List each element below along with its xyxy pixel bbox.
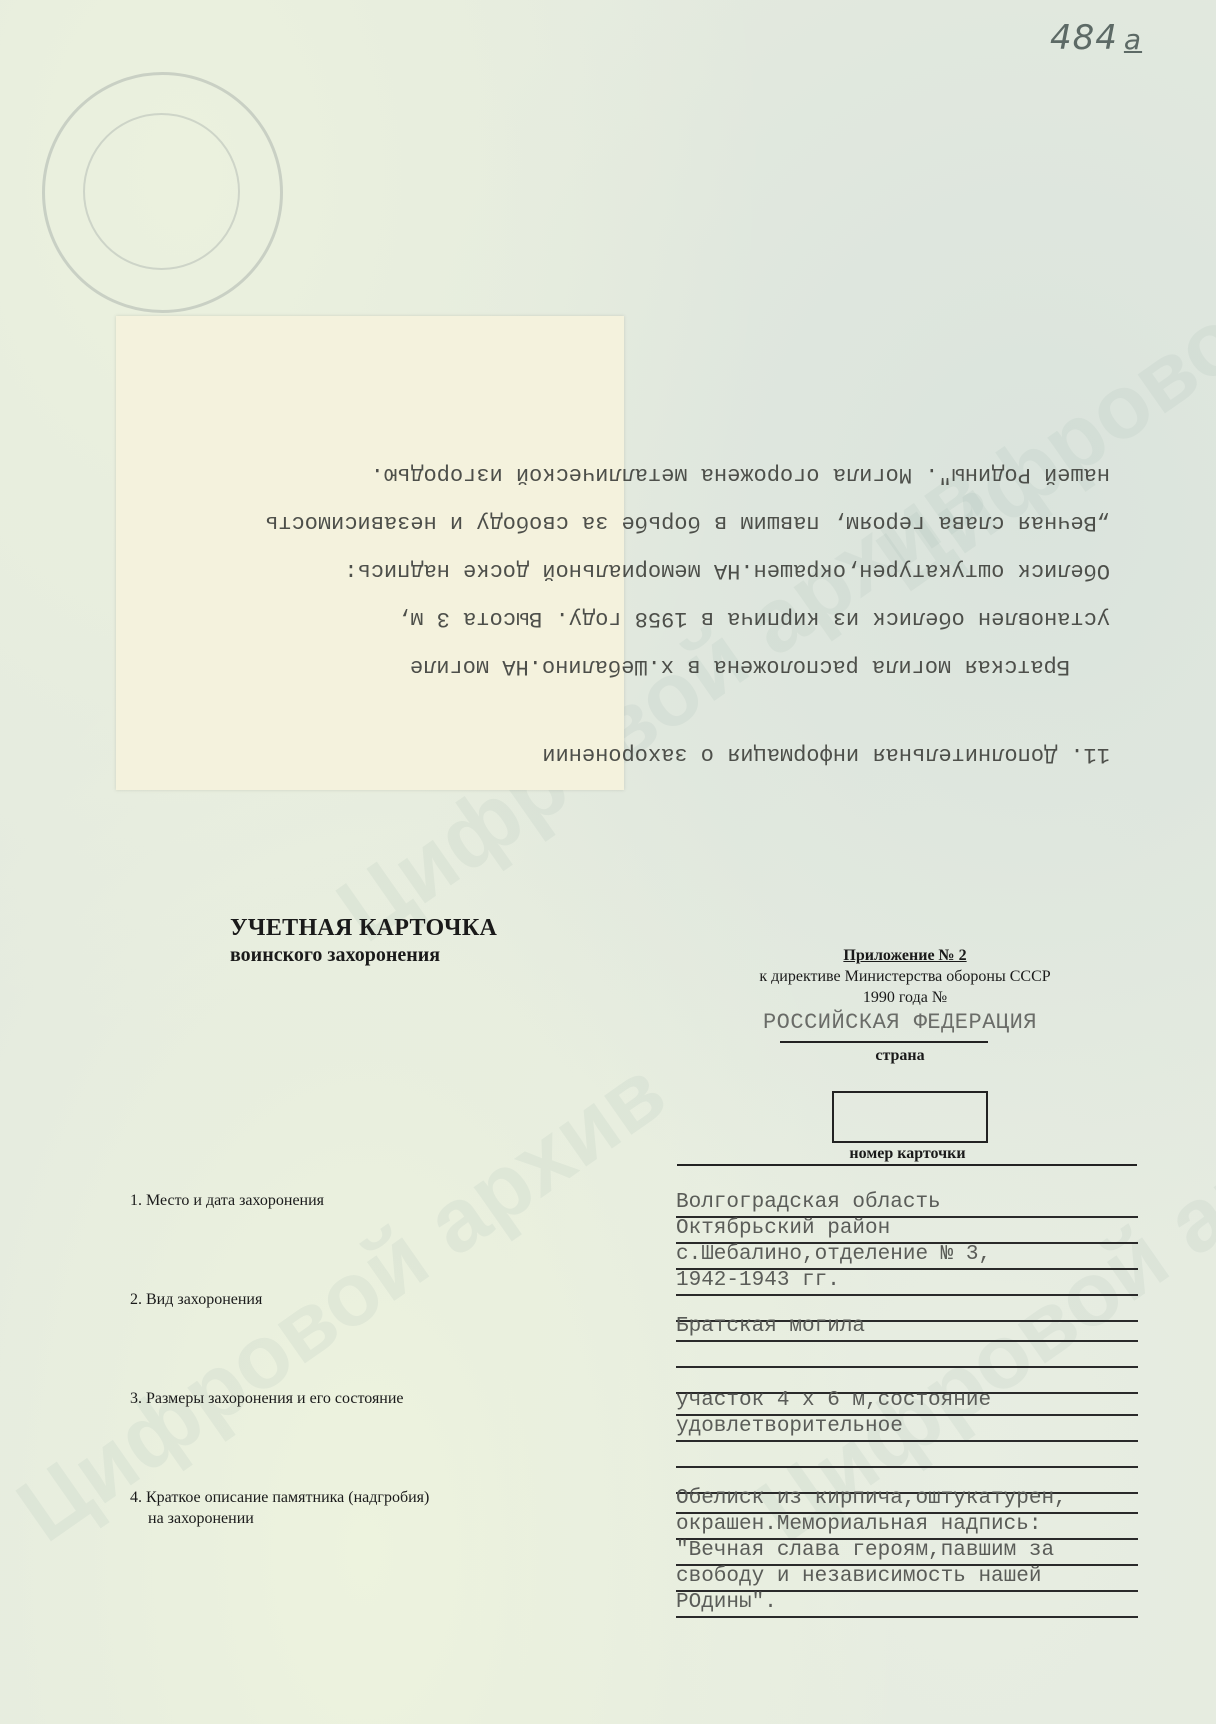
card-title: УЧЕТНАЯ КАРТОЧКА воинского захоронения (230, 915, 497, 967)
country-label: страна (720, 1047, 1080, 1065)
field-label-monument: 4. Краткое описание памятника (надгробия… (130, 1487, 429, 1529)
card-number-rule (677, 1164, 1137, 1166)
field-value-burial-size: участок 4 х 6 м,состояние удовлетворител… (676, 1390, 1138, 1494)
appendix-year: 1990 года № (670, 987, 1140, 1008)
field-value-monument: Обелиск из кирпича,оштукатурен, окрашен.… (676, 1488, 1138, 1618)
field-line: удовлетворительное (676, 1416, 1138, 1442)
field-label-burial-type: 2. Вид захоронения (130, 1289, 262, 1310)
additional-info-line: нашей Родины". Могила огорожена металлич… (190, 450, 1110, 498)
field-line: окрашен.Мемориальная надпись: (676, 1514, 1138, 1540)
faded-seal-stamp (42, 72, 283, 313)
additional-info-line: Обелиск оштукатурен,окрашен.НА мемориаль… (190, 546, 1110, 594)
field-line: Волгоградская область (676, 1192, 1138, 1218)
additional-info-line: „Вечная слава героям, павшим в борьбе за… (190, 498, 1110, 546)
field-line: Октябрьский район (676, 1218, 1138, 1244)
field-line (676, 1342, 1138, 1368)
country-value: РОССИЙСКАЯ ФЕДЕРАЦИЯ (720, 1010, 1080, 1035)
field-line: 1942-1943 гг. (676, 1270, 1138, 1296)
country-underline (780, 1041, 988, 1043)
field-label-burial-size: 3. Размеры захоронения и его состояние (130, 1388, 404, 1409)
additional-info-line: Братская могила расположена в х.Шебалино… (190, 642, 1110, 690)
watermark: Цифровой архив (0, 1040, 684, 1562)
field-label-text: 4. Краткое описание памятника (надгробия… (130, 1487, 429, 1508)
field-value-burial-type: Братская могила (676, 1316, 1138, 1394)
handwritten-archive-number: 484а (1050, 18, 1142, 58)
field-line: Обелиск из кирпича,оштукатурен, (676, 1488, 1138, 1514)
field-line: Братская могила (676, 1316, 1138, 1342)
field-label-subtext: на захоронении (130, 1508, 429, 1529)
field-line: с.Шебалино,отделение № 3, (676, 1244, 1138, 1270)
field-line: свободу и независимость нашей (676, 1566, 1138, 1592)
field-line: "Вечная слава героям,павшим за (676, 1540, 1138, 1566)
field-label-burial-place: 1. Место и дата захоронения (130, 1190, 324, 1211)
field-line: участок 4 х 6 м,состояние (676, 1390, 1138, 1416)
appendix-directive: к директиве Министерства обороны СССР (670, 966, 1140, 987)
field-label-text: 1. Место и дата захоронения (130, 1190, 324, 1211)
appendix-note: Приложение № 2 к директиве Министерства … (670, 945, 1140, 1008)
field-line (676, 1442, 1138, 1468)
card-title-sub: воинского захоронения (230, 944, 497, 967)
field-label-text: 3. Размеры захоронения и его состояние (130, 1388, 404, 1409)
card-number-box (832, 1091, 988, 1143)
card-title-main: УЧЕТНАЯ КАРТОЧКА (230, 915, 497, 942)
archive-number-suffix: а (1124, 23, 1142, 56)
field-label-text: 2. Вид захоронения (130, 1289, 262, 1310)
appendix-number: Приложение № 2 (670, 945, 1140, 966)
archive-number-main: 484 (1050, 18, 1118, 58)
field-value-burial-place: Волгоградская область Октябрьский район … (676, 1192, 1138, 1322)
additional-info-heading: 11. Дополнительная информация о захороне… (190, 730, 1110, 778)
additional-info-line: установлен обелиск из кирпича в 1958 год… (190, 594, 1110, 642)
field-line: РОдины". (676, 1592, 1138, 1618)
card-number-label: номер карточки (720, 1145, 1095, 1163)
reverse-additional-info: 11. Дополнительная информация о захороне… (190, 450, 1110, 778)
